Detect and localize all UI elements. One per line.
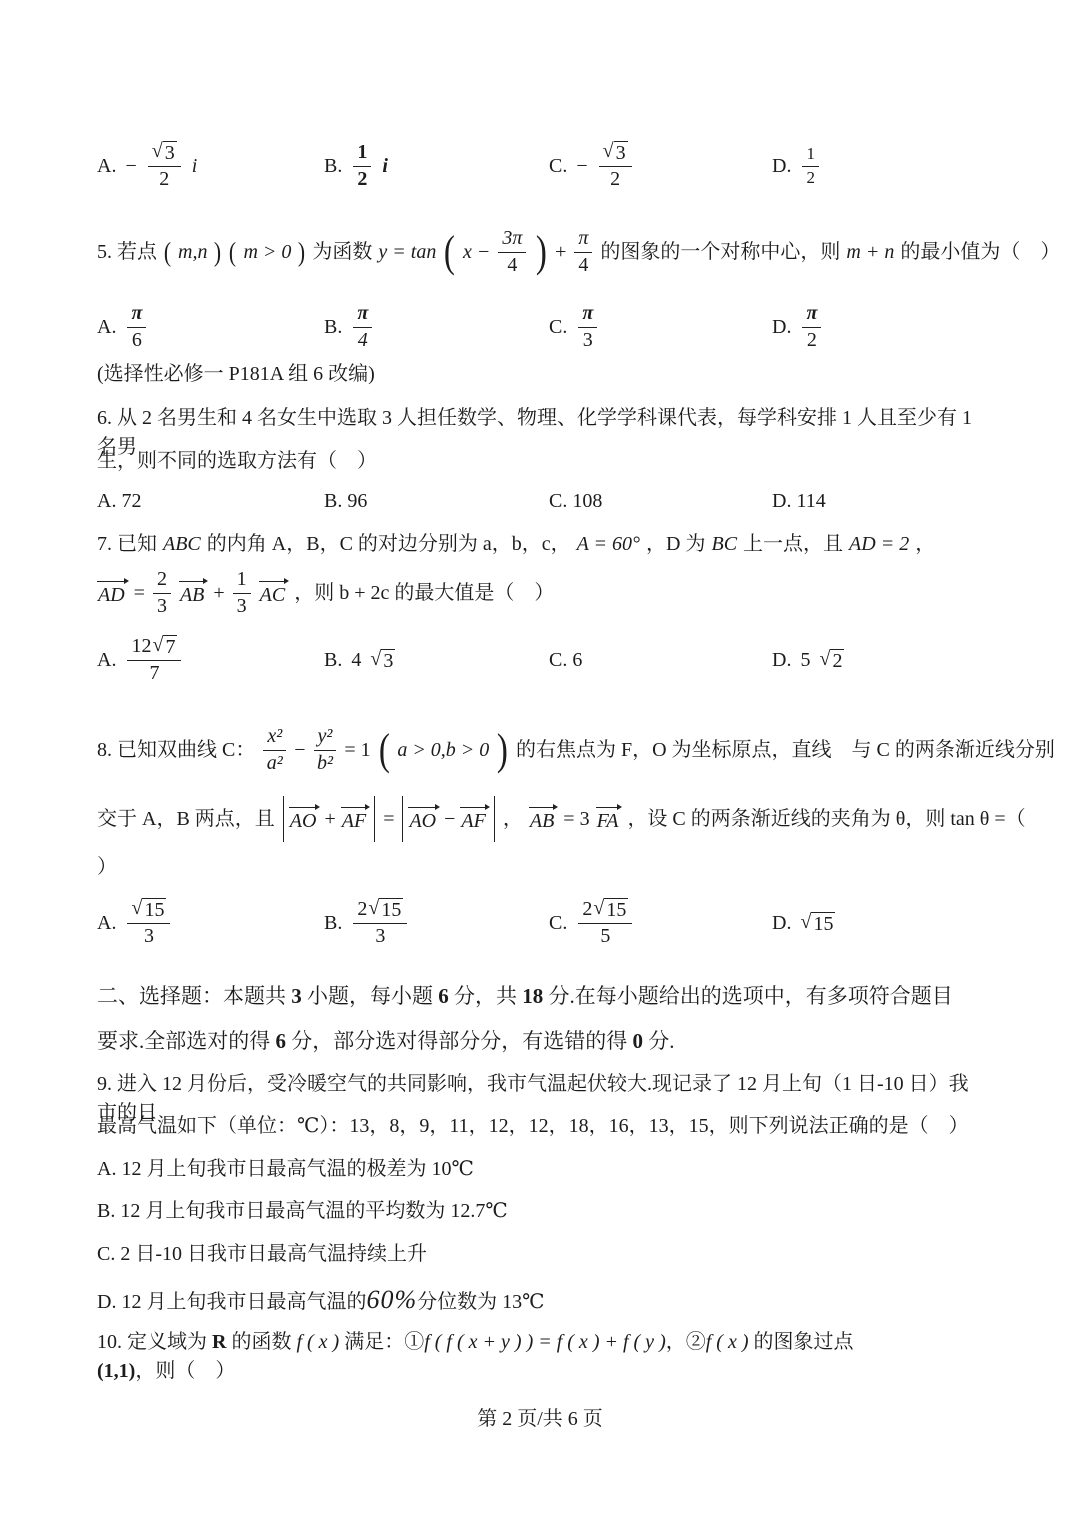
- angle-a-60: A = 60°: [577, 530, 640, 559]
- vector-af: AF: [460, 807, 488, 831]
- q9-text: 分位数为 13℃: [417, 1291, 544, 1313]
- vector-ad: AD: [97, 581, 128, 605]
- vector-fa: FA: [596, 807, 622, 831]
- denominator: 3: [375, 924, 385, 948]
- ad-equals-2: AD = 2: [849, 530, 909, 559]
- question7-options-row: A. 12√7 7 B. 4√3 C. 6 D. 5√2: [97, 626, 988, 694]
- fraction: π4: [353, 302, 372, 352]
- exam-page: A. − √3 2 i B. 1 2 i C. − √3 2 D.: [0, 0, 1080, 1528]
- equals-one: = 1: [344, 736, 370, 765]
- denominator: 2: [357, 167, 367, 191]
- radical: √7: [152, 635, 177, 658]
- question8-options-row: A. √15 3 B. 2√15 3 C. 2√15 5 D. √15: [97, 886, 988, 960]
- q7-option-b: B. 4√3: [324, 649, 549, 672]
- section2-header-line1: 二、选择题：本题共 3 小题，每小题 6 分，共 18 分.在每小题给出的选项中…: [97, 981, 988, 1011]
- denominator: 7: [149, 661, 159, 685]
- q8-text: 的右焦点为 F，O 为坐标原点，直线 与 C 的两条渐近线分别: [516, 736, 1055, 765]
- numerator: 1: [802, 144, 819, 167]
- q4-option-a: A. − √3 2 i: [97, 141, 324, 191]
- q10-text: ，②: [666, 1331, 706, 1353]
- coefficient: 2: [582, 898, 592, 921]
- option-label: A.: [97, 649, 116, 672]
- q8-text: ，设 C 的两条渐近线的夹角为 θ，则 tan θ =（: [627, 805, 1025, 834]
- radical: √15: [593, 898, 628, 921]
- header-text: 分.: [643, 1029, 675, 1053]
- function-fx: f ( x ): [706, 1331, 749, 1353]
- fraction: y²b²: [314, 725, 337, 775]
- bold-number: 0: [633, 1029, 644, 1053]
- q10-text: 满足：①: [339, 1331, 424, 1353]
- bold-number: 3: [291, 984, 302, 1008]
- fraction: 23: [153, 568, 171, 618]
- option-label: D.: [772, 649, 791, 672]
- q7-text: 的内角 A，B，C 的对边分别为 a，b，c，: [207, 530, 571, 559]
- question10-stem: 10. 定义域为 R 的函数 f ( x ) 满足：①f ( f ( x + y…: [97, 1328, 988, 1386]
- radicand: 3: [163, 141, 177, 164]
- question5-stem: 5. 若点 (m,n)(m > 0) 为函数 y = tan ( x − 3π …: [97, 210, 988, 294]
- numerator: 1: [353, 141, 371, 167]
- q10-text: 的函数: [226, 1331, 296, 1353]
- q10-text: 的图象过点: [749, 1331, 854, 1353]
- paren: ): [298, 239, 305, 266]
- q7-text: 7. 已知: [97, 530, 157, 559]
- coefficient: 4: [351, 649, 361, 672]
- point-mn: m,n: [178, 238, 207, 267]
- question9-line2: 最高气温如下（单位：℃）：13，8，9，11，12，12，18，16，13，15…: [97, 1112, 988, 1141]
- plus-sign: +: [324, 805, 335, 834]
- denominator: 3: [144, 924, 154, 948]
- q10-text: ，则（ ）: [135, 1360, 235, 1382]
- q5-text: 的图象的一个对称中心，则: [600, 238, 840, 267]
- denominator: 2: [610, 167, 620, 191]
- fraction: π2: [802, 302, 821, 352]
- header-text: 小题，每小题: [302, 984, 439, 1008]
- vector-ab: AB: [529, 807, 557, 831]
- q5-option-b: B. π4: [324, 302, 549, 352]
- coefficient: 2: [357, 898, 367, 921]
- option-label: D.: [772, 155, 791, 178]
- m-plus-n: m + n: [846, 238, 894, 267]
- option-label: B.: [324, 316, 342, 339]
- q4-option-d: D. 1 2: [772, 144, 988, 187]
- reals-symbol: R: [212, 1331, 226, 1353]
- q7-option-d: D. 5√2: [772, 649, 988, 672]
- condition-m: m > 0: [243, 238, 291, 267]
- fraction: x²a²: [263, 725, 286, 775]
- radical: √3: [603, 141, 628, 164]
- absolute-value: AO − AF: [402, 796, 494, 842]
- functional-equation: f ( f ( x + y ) ) = f ( x ) + f ( y ): [424, 1331, 666, 1353]
- radical-sign: √: [603, 141, 614, 162]
- fraction: 13: [233, 568, 251, 618]
- q5-option-c: C. π3: [549, 302, 772, 352]
- option-label: C.: [549, 912, 567, 935]
- function-lhs: y = tan: [378, 238, 436, 267]
- vector-ac: AC: [259, 581, 289, 605]
- radical: √2: [819, 649, 844, 672]
- q7-text: ，则 b + 2c 的最大值是（ ）: [294, 579, 554, 608]
- radical: √15: [368, 898, 403, 921]
- fraction: π 4: [574, 227, 592, 277]
- header-text: 分，共: [449, 984, 523, 1008]
- denominator: 2: [159, 167, 169, 191]
- option-label: D.: [772, 912, 791, 935]
- question8-line1: 8. 已知双曲线 C： x²a² − y²b² = 1 ( a > 0,b > …: [97, 708, 988, 792]
- q5-text: 的最小值为（ ）: [900, 238, 1060, 267]
- question7-line2: AD = 23 AB + 13 AC ，则 b + 2c 的最大值是（ ）: [97, 563, 988, 623]
- q8-option-c: C. 2√15 5: [549, 898, 772, 948]
- fraction: π3: [578, 302, 597, 352]
- q6-option-c: C. 108: [549, 490, 772, 513]
- minus-sign: −: [294, 736, 305, 765]
- q7-text: 上一点，且: [743, 530, 843, 559]
- option-label: C.: [549, 155, 567, 178]
- point-1-1: (1,1): [97, 1360, 135, 1382]
- ab-condition: a > 0,b > 0: [397, 736, 489, 765]
- q4-option-b: B. 1 2 i: [324, 141, 549, 191]
- radical: √15: [800, 912, 835, 935]
- plus-sign: +: [213, 579, 224, 608]
- q6-option-d: D. 114: [772, 490, 988, 513]
- section2-header-line2: 要求.全部选对的得 6 分，部分选对得部分分，有选错的得 0 分.: [97, 1026, 988, 1056]
- fraction: 2√15 5: [578, 898, 632, 948]
- vector-ao: AO: [289, 807, 320, 831]
- option-label: B.: [324, 649, 342, 672]
- header-text: 二、选择题：本题共: [97, 984, 291, 1008]
- fraction: √3 2: [599, 141, 632, 191]
- q10-text: 10. 定义域为: [97, 1331, 212, 1353]
- q8-text: 8. 已知双曲线 C：: [97, 736, 255, 765]
- radical: √15: [131, 898, 166, 921]
- percentile-60: 60%: [366, 1285, 417, 1314]
- fraction: √3 2: [148, 141, 181, 191]
- bold-number: 6: [276, 1029, 287, 1053]
- q7-text: ，: [915, 530, 935, 559]
- q5-option-d: D. π2: [772, 302, 988, 352]
- question5-options-row: A. π6 B. π4 C. π3 D. π2: [97, 296, 988, 358]
- fraction: 12√7 7: [127, 635, 181, 685]
- page-footer: 第 2 页/共 6 页: [0, 1402, 1080, 1431]
- option-label: A.: [97, 912, 116, 935]
- fraction: π6: [127, 302, 146, 352]
- paren: (: [229, 239, 236, 266]
- option-label: A.: [97, 155, 116, 178]
- minus-sign: −: [444, 805, 455, 834]
- triangle-abc: ABC: [163, 530, 201, 559]
- fraction: √15 3: [127, 898, 170, 948]
- imaginary-unit: i: [192, 155, 198, 178]
- q5-option-a: A. π6: [97, 302, 324, 352]
- equals-three: = 3: [563, 805, 589, 834]
- q6-option-b: B. 96: [324, 490, 549, 513]
- q5-text: 5. 若点: [97, 238, 157, 267]
- question8-line2: 交于 A，B 两点，且 AO + AF = AO − AF ， AB = 3 F…: [97, 791, 988, 847]
- fraction: 1 2: [802, 144, 819, 187]
- function-fx: f ( x ): [296, 1331, 339, 1353]
- radical: √3: [152, 141, 177, 164]
- question6-options-row: A. 72 B. 96 C. 108 D. 114: [97, 486, 988, 516]
- plus-sign: +: [555, 238, 566, 267]
- q6-option-a: A. 72: [97, 490, 324, 513]
- equals-sign: =: [383, 805, 394, 834]
- option-label: D.: [772, 316, 791, 339]
- vector-af: AF: [341, 807, 369, 831]
- radicand: 3: [614, 141, 628, 164]
- coefficient: 12: [131, 635, 151, 658]
- q9-option-d: D. 12 月上旬我市日最高气温的60%分位数为 13℃: [97, 1281, 988, 1319]
- denominator: 4: [578, 253, 588, 277]
- equals-sign: =: [134, 579, 145, 608]
- header-text: 分，部分选对得部分分，有选错的得: [286, 1029, 633, 1053]
- option-label: B.: [324, 155, 342, 178]
- denominator: 4: [507, 253, 517, 277]
- fraction: 3π 4: [498, 227, 526, 277]
- q8-text: 交于 A，B 两点，且: [97, 805, 275, 834]
- q9-option-c: C. 2 日-10 日我市日最高气温持续上升: [97, 1240, 988, 1269]
- vector-ao: AO: [408, 807, 439, 831]
- question6-line2: 生，则不同的选取方法有（ ）: [97, 447, 988, 476]
- bold-number: 6: [438, 984, 449, 1008]
- big-paren: ): [497, 731, 508, 768]
- fraction: 1 2: [353, 141, 371, 191]
- q9-text: D. 12 月上旬我市日最高气温的: [97, 1291, 366, 1313]
- q5-text: 为函数: [312, 238, 372, 267]
- vector-ab: AB: [179, 581, 207, 605]
- big-paren: (: [444, 233, 455, 270]
- option-label: C.: [549, 316, 567, 339]
- minus-sign: −: [125, 155, 136, 178]
- coefficient: 5: [800, 649, 810, 672]
- q8-text: ，: [503, 805, 523, 834]
- q7-text: ，D 为: [646, 530, 705, 559]
- question4-options-row: A. − √3 2 i B. 1 2 i C. − √3 2 D.: [97, 126, 988, 206]
- numerator: 3π: [498, 227, 526, 253]
- inner-x: x −: [463, 238, 490, 267]
- denominator: 5: [600, 924, 610, 948]
- imaginary-unit: i: [382, 155, 388, 178]
- numerator: π: [574, 227, 592, 253]
- option-label: A.: [97, 316, 116, 339]
- big-paren: (: [378, 731, 389, 768]
- big-paren: ): [536, 233, 547, 270]
- q7-option-a: A. 12√7 7: [97, 635, 324, 685]
- bold-number: 18: [522, 984, 543, 1008]
- segment-bc: BC: [711, 530, 737, 559]
- option-label: B.: [324, 912, 342, 935]
- q8-option-d: D. √15: [772, 912, 988, 935]
- q9-option-a: A. 12 月上旬我市日最高气温的极差为 10℃: [97, 1155, 988, 1184]
- radical: √3: [370, 649, 395, 672]
- source-note: (选择性必修一 P181A 组 6 改编): [97, 360, 988, 389]
- minus-sign: −: [576, 155, 587, 178]
- q4-option-c: C. − √3 2: [549, 141, 772, 191]
- radical-sign: √: [152, 141, 163, 162]
- absolute-value: AO + AF: [283, 796, 375, 842]
- q8-option-b: B. 2√15 3: [324, 898, 549, 948]
- question8-line3: ）: [97, 853, 988, 882]
- header-text: 分.在每小题给出的选项中，有多项符合题目: [543, 984, 953, 1008]
- paren: ): [214, 239, 221, 266]
- q9-option-b: B. 12 月上旬我市日最高气温的平均数为 12.7℃: [97, 1197, 988, 1226]
- question7-line1: 7. 已知 ABC 的内角 A，B，C 的对边分别为 a，b，c， A = 60…: [97, 527, 988, 561]
- denominator: 2: [806, 167, 815, 188]
- paren: (: [164, 239, 171, 266]
- fraction: 2√15 3: [353, 898, 407, 948]
- q8-option-a: A. √15 3: [97, 898, 324, 948]
- header-text: 要求.全部选对的得: [97, 1029, 276, 1053]
- q7-option-c: C. 6: [549, 649, 772, 672]
